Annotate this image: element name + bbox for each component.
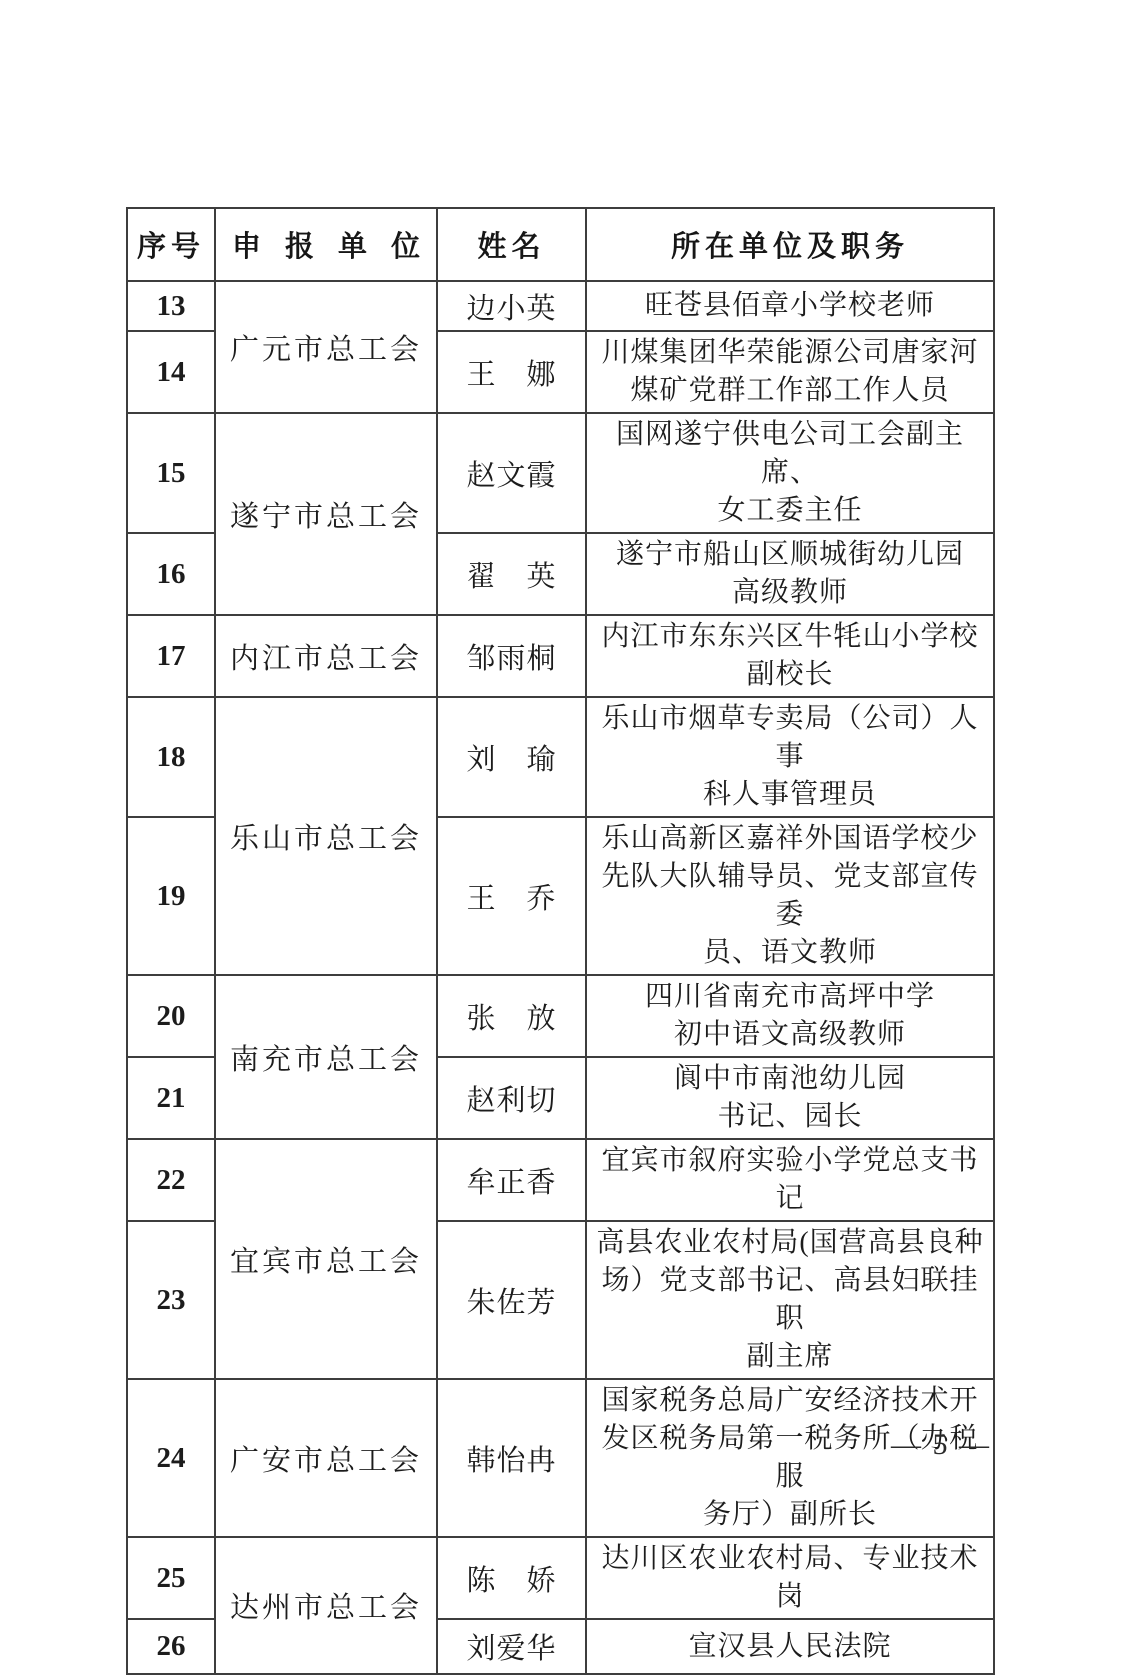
table-row: 24 广安市总工会 韩怡冉 国家税务总局广安经济技术开 发区税务局第一税务所（办…	[127, 1379, 994, 1537]
serial-cell: 25	[127, 1537, 215, 1619]
position-cell: 乐山高新区嘉祥外国语学校少 先队大队辅导员、党支部宣传委 员、语文教师	[586, 817, 994, 975]
name-cell: 赵文霞	[437, 413, 586, 533]
serial-cell: 13	[127, 281, 215, 331]
serial-cell: 19	[127, 817, 215, 975]
name-cell: 陈 娇	[437, 1537, 586, 1619]
document-page: { "table": { "headers": { "serial": "序号"…	[0, 0, 1131, 1600]
name-cell: 朱佐芳	[437, 1221, 586, 1379]
name-cell: 张 放	[437, 975, 586, 1057]
name-cell: 牟正香	[437, 1139, 586, 1221]
page-number: — 5 —	[876, 1428, 1006, 1462]
position-cell: 达川区农业农村局、专业技术岗	[586, 1537, 994, 1619]
serial-cell: 18	[127, 697, 215, 817]
name-cell: 王 娜	[437, 331, 586, 413]
unit-cell: 广安市总工会	[215, 1379, 437, 1537]
serial-cell: 24	[127, 1379, 215, 1537]
position-cell: 宣汉县人民法院	[586, 1619, 994, 1674]
position-cell: 旺苍县佰章小学校老师	[586, 281, 994, 331]
position-header-cell: 所在单位及职务	[586, 208, 994, 281]
unit-cell: 遂宁市总工会	[215, 413, 437, 615]
award-candidates-table: 序号 申报单位 姓名 所在单位及职务 13 广元市总工会 边小英 旺苍县佰章小学…	[126, 207, 995, 1675]
name-cell: 邹雨桐	[437, 615, 586, 697]
serial-cell: 21	[127, 1057, 215, 1139]
table-row: 15 遂宁市总工会 赵文霞 国网遂宁供电公司工会副主席、 女工委主任	[127, 413, 994, 533]
serial-cell: 16	[127, 533, 215, 615]
position-cell: 川煤集团华荣能源公司唐家河 煤矿党群工作部工作人员	[586, 331, 994, 413]
name-cell: 边小英	[437, 281, 586, 331]
name-cell: 刘 瑜	[437, 697, 586, 817]
table-row: 20 南充市总工会 张 放 四川省南充市高坪中学 初中语文高级教师	[127, 975, 994, 1057]
serial-cell: 26	[127, 1619, 215, 1674]
unit-cell: 达州市总工会	[215, 1537, 437, 1674]
unit-cell: 乐山市总工会	[215, 697, 437, 975]
name-header-cell: 姓名	[437, 208, 586, 281]
table-row: 22 宜宾市总工会 牟正香 宜宾市叙府实验小学党总支书 记	[127, 1139, 994, 1221]
table-row: 18 乐山市总工会 刘 瑜 乐山市烟草专卖局（公司）人事 科人事管理员	[127, 697, 994, 817]
serial-cell: 14	[127, 331, 215, 413]
serial-cell: 23	[127, 1221, 215, 1379]
name-cell: 韩怡冉	[437, 1379, 586, 1537]
position-cell: 宜宾市叙府实验小学党总支书 记	[586, 1139, 994, 1221]
unit-cell: 内江市总工会	[215, 615, 437, 697]
name-cell: 刘爱华	[437, 1619, 586, 1674]
unit-cell: 广元市总工会	[215, 281, 437, 413]
position-cell: 国网遂宁供电公司工会副主席、 女工委主任	[586, 413, 994, 533]
position-cell: 阆中市南池幼儿园 书记、园长	[586, 1057, 994, 1139]
serial-cell: 17	[127, 615, 215, 697]
table-row: 13 广元市总工会 边小英 旺苍县佰章小学校老师	[127, 281, 994, 331]
name-cell: 翟 英	[437, 533, 586, 615]
serial-cell: 20	[127, 975, 215, 1057]
position-cell: 乐山市烟草专卖局（公司）人事 科人事管理员	[586, 697, 994, 817]
unit-header-cell: 申报单位	[215, 208, 437, 281]
name-cell: 赵利切	[437, 1057, 586, 1139]
table-row: 25 达州市总工会 陈 娇 达川区农业农村局、专业技术岗	[127, 1537, 994, 1619]
unit-cell: 南充市总工会	[215, 975, 437, 1139]
serial-cell: 22	[127, 1139, 215, 1221]
unit-header-label: 申报单位	[232, 224, 437, 265]
position-cell: 遂宁市船山区顺城街幼儿园 高级教师	[586, 533, 994, 615]
unit-cell: 宜宾市总工会	[215, 1139, 437, 1379]
table-row: 17 内江市总工会 邹雨桐 内江市东东兴区牛牦山小学校 副校长	[127, 615, 994, 697]
position-cell: 内江市东东兴区牛牦山小学校 副校长	[586, 615, 994, 697]
serial-cell: 15	[127, 413, 215, 533]
serial-header-cell: 序号	[127, 208, 215, 281]
name-cell: 王 乔	[437, 817, 586, 975]
header-row: 序号 申报单位 姓名 所在单位及职务	[127, 208, 994, 281]
position-cell: 四川省南充市高坪中学 初中语文高级教师	[586, 975, 994, 1057]
position-cell: 高县农业农村局(国营高县良种 场）党支部书记、高县妇联挂职 副主席	[586, 1221, 994, 1379]
